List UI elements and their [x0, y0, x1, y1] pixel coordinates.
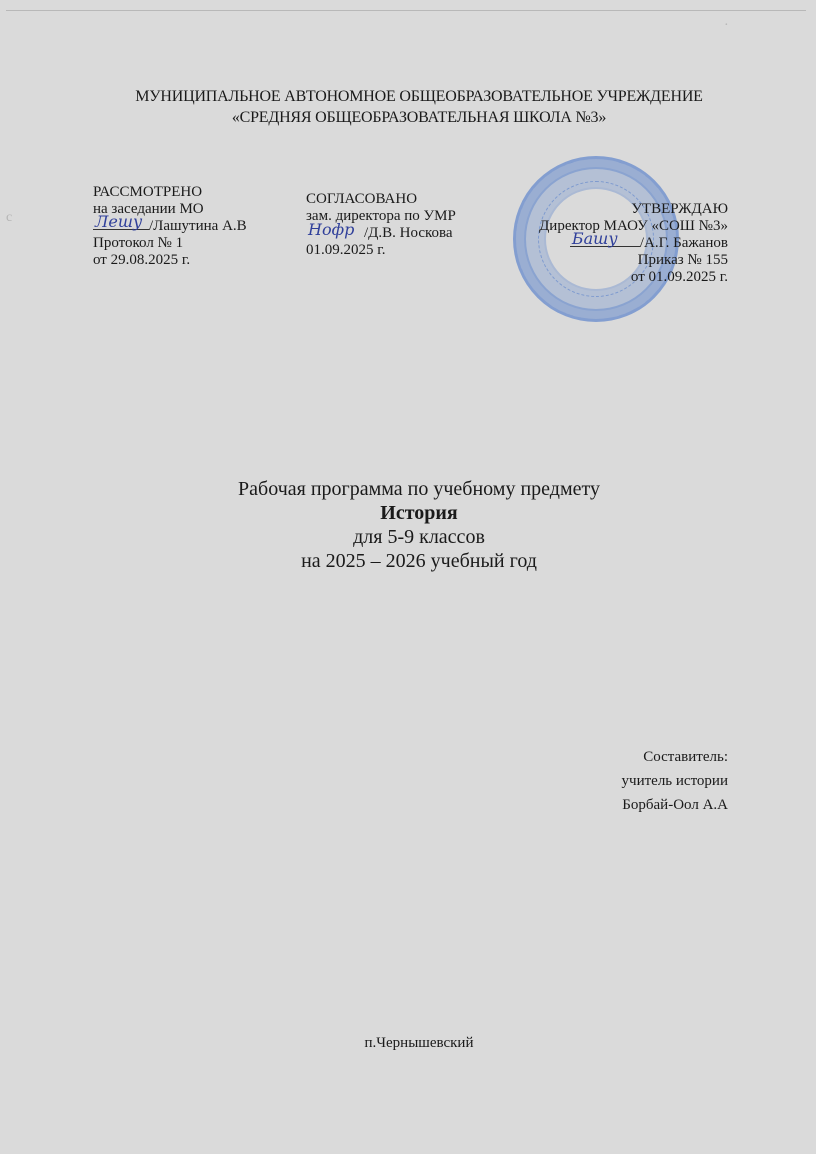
author-label: Составитель:	[622, 745, 728, 769]
reviewed-block: РАССМОТРЕНО на заседании МО Лешу/Лашутин…	[93, 184, 247, 269]
approved-line: Директор МАОУ «СОШ №3»	[539, 218, 728, 235]
agreed-title: СОГЛАСОВАНО	[306, 191, 456, 208]
reviewed-date: от 29.08.2025 г.	[93, 252, 247, 269]
scan-artifact: c	[6, 210, 12, 226]
institution-name: «СРЕДНЯЯ ОБЩЕОБРАЗОВАТЕЛЬНАЯ ШКОЛА №3»	[0, 107, 816, 128]
scan-top-edge	[6, 10, 806, 11]
author-name: Борбай-Оол А.А	[622, 793, 728, 817]
agreed-block: СОГЛАСОВАНО зам. директора по УМР Нофр/Д…	[306, 191, 456, 259]
approved-date: от 01.09.2025 г.	[539, 269, 728, 286]
reviewed-title: РАССМОТРЕНО	[93, 184, 247, 201]
approved-title: УТВЕРЖДАЮ	[539, 201, 728, 218]
program-year: на 2025 – 2026 учебный год	[0, 549, 816, 573]
approved-order: Приказ № 155	[539, 252, 728, 269]
signature: Нофр	[308, 221, 354, 238]
signature-line: Лешу	[93, 229, 149, 230]
agreed-date: 01.09.2025 г.	[306, 242, 456, 259]
program-title: Рабочая программа по учебному предмету	[0, 477, 816, 501]
reviewed-protocol: Протокол № 1	[93, 235, 247, 252]
agreed-name: /Д.В. Носкова	[364, 225, 453, 241]
approved-name: /А.Г. Бажанов	[640, 235, 728, 251]
program-subject: История	[0, 501, 816, 525]
program-title-block: Рабочая программа по учебному предмету И…	[0, 477, 816, 573]
author-block: Составитель: учитель истории Борбай-Оол …	[622, 745, 728, 817]
reviewed-name: /Лашутина А.В	[149, 218, 247, 234]
signature: Лешу	[95, 213, 142, 230]
program-grades: для 5-9 классов	[0, 525, 816, 549]
signature: Башу	[572, 230, 618, 247]
institution-header: МУНИЦИПАЛЬНОЕ АВТОНОМНОЕ ОБЩЕОБРАЗОВАТЕЛ…	[0, 86, 816, 128]
approved-block: УТВЕРЖДАЮ Директор МАОУ «СОШ №3» Башу/А.…	[539, 201, 728, 286]
author-position: учитель истории	[622, 769, 728, 793]
signature-line: Башу	[570, 246, 640, 247]
institution-type: МУНИЦИПАЛЬНОЕ АВТОНОМНОЕ ОБЩЕОБРАЗОВАТЕЛ…	[0, 86, 816, 107]
scan-artifact: ·	[724, 18, 729, 34]
place-footer: п.Чернышевский	[0, 1035, 816, 1052]
place-name: п.Чернышевский	[343, 1035, 474, 1051]
